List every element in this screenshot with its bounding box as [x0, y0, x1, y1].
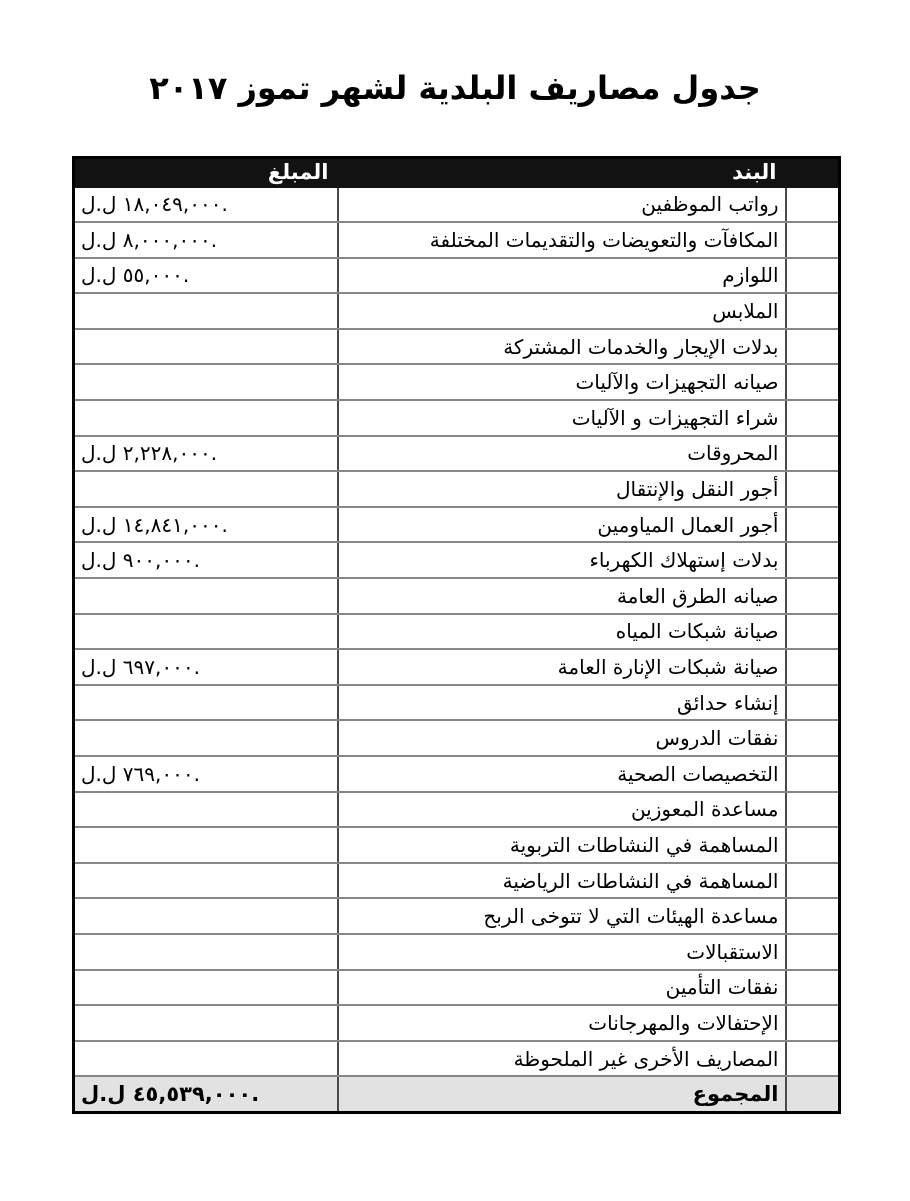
item-cell: الاستقبالات: [338, 934, 786, 970]
table-row: المصاريف الأخرى غير الملحوظة: [74, 1041, 840, 1077]
item-cell: بدلات الإيجار والخدمات المشتركة: [338, 329, 786, 365]
table-row: المساهمة في النشاطات الرياضية: [74, 863, 840, 899]
amount-cell: ١٤,٨٤١,٠٠٠ ل.ل.: [74, 507, 338, 543]
row-spacer-cell: [786, 400, 840, 436]
table-row: الاستقبالات: [74, 934, 840, 970]
expenses-table: البند المبلغ رواتب الموظفين١٨,٠٤٩,٠٠٠ ل.…: [72, 156, 841, 1114]
row-spacer-cell: [786, 614, 840, 650]
item-cell: الإحتفالات والمهرجانات: [338, 1005, 786, 1041]
header-row: البند المبلغ: [74, 158, 840, 187]
item-cell: المصاريف الأخرى غير الملحوظة: [338, 1041, 786, 1077]
amount-cell: [74, 792, 338, 828]
row-spacer-cell: [786, 1005, 840, 1041]
item-cell: شراء التجهيزات و الآليات: [338, 400, 786, 436]
row-spacer-cell: [786, 436, 840, 472]
item-cell: مساعدة المعوزين: [338, 792, 786, 828]
row-spacer-cell: [786, 970, 840, 1006]
amount-cell: [74, 863, 338, 899]
amount-cell: [74, 934, 338, 970]
amount-cell: ٦٩٧,٠٠٠ ل.ل.: [74, 649, 338, 685]
table-row: التخصيصات الصحية٧٦٩,٠٠٠ ل.ل.: [74, 756, 840, 792]
row-spacer-cell: [786, 720, 840, 756]
row-spacer-cell: [786, 471, 840, 507]
amount-cell: [74, 720, 338, 756]
row-spacer-cell: [786, 578, 840, 614]
item-cell: صيانه التجهيزات والآليات: [338, 364, 786, 400]
table-row: أجور النقل والإنتقال: [74, 471, 840, 507]
amount-cell: ٩٠٠,٠٠٠ ل.ل.: [74, 542, 338, 578]
row-spacer-cell: [786, 187, 840, 223]
table-row: المحروقات٢,٢٢٨,٠٠٠ ل.ل.: [74, 436, 840, 472]
amount-cell: [74, 1005, 338, 1041]
amount-cell: [74, 329, 338, 365]
table-row: أجور العمال المياومين١٤,٨٤١,٠٠٠ ل.ل.: [74, 507, 840, 543]
amount-cell: ٧٦٩,٠٠٠ ل.ل.: [74, 756, 338, 792]
amount-column-header: المبلغ: [74, 158, 338, 187]
table-row: صيانة شبكات المياه: [74, 614, 840, 650]
table-row: إنشاء حدائق: [74, 685, 840, 721]
row-spacer-cell: [786, 863, 840, 899]
table-row: شراء التجهيزات و الآليات: [74, 400, 840, 436]
row-spacer-cell: [786, 258, 840, 294]
spacer-column-header: [786, 158, 840, 187]
amount-cell: [74, 364, 338, 400]
item-cell: بدلات إستهلاك الكهرباء: [338, 542, 786, 578]
row-spacer-cell: [786, 329, 840, 365]
table-row: مساعدة المعوزين: [74, 792, 840, 828]
row-spacer-cell: [786, 649, 840, 685]
item-cell: صيانة شبكات المياه: [338, 614, 786, 650]
amount-cell: [74, 1041, 338, 1077]
amount-cell: [74, 827, 338, 863]
row-spacer-cell: [786, 507, 840, 543]
row-spacer-cell: [786, 792, 840, 828]
amount-cell: ٢,٢٢٨,٠٠٠ ل.ل.: [74, 436, 338, 472]
page-title: جدول مصاريف البلدية لشهر تموز ٢٠١٧: [0, 64, 910, 112]
row-spacer-cell: [786, 756, 840, 792]
amount-cell: [74, 471, 338, 507]
amount-cell: [74, 578, 338, 614]
table-row: الإحتفالات والمهرجانات: [74, 1005, 840, 1041]
row-spacer-cell: [786, 685, 840, 721]
table-row: نفقات التأمين: [74, 970, 840, 1006]
item-cell: إنشاء حدائق: [338, 685, 786, 721]
item-cell: صيانه الطرق العامة: [338, 578, 786, 614]
item-cell: المكافآت والتعويضات والتقديمات المختلفة: [338, 222, 786, 258]
item-cell: نفقات التأمين: [338, 970, 786, 1006]
table-row: صيانة شبكات الإنارة العامة٦٩٧,٠٠٠ ل.ل.: [74, 649, 840, 685]
item-cell: المحروقات: [338, 436, 786, 472]
table-row: الملابس: [74, 293, 840, 329]
table-row: بدلات إستهلاك الكهرباء٩٠٠,٠٠٠ ل.ل.: [74, 542, 840, 578]
row-spacer-cell: [786, 934, 840, 970]
table-row: صيانه الطرق العامة: [74, 578, 840, 614]
row-spacer-cell: [786, 898, 840, 934]
amount-cell: ٥٥,٠٠٠ ل.ل.: [74, 258, 338, 294]
table-footer: المجموع ٤٥,٥٣٩,٠٠٠ ل.ل.: [74, 1076, 840, 1112]
row-spacer-cell: [786, 364, 840, 400]
row-spacer-cell: [786, 1041, 840, 1077]
item-cell: نفقات الدروس: [338, 720, 786, 756]
total-row: المجموع ٤٥,٥٣٩,٠٠٠ ل.ل.: [74, 1076, 840, 1112]
item-cell: صيانة شبكات الإنارة العامة: [338, 649, 786, 685]
item-cell: رواتب الموظفين: [338, 187, 786, 223]
table-row: بدلات الإيجار والخدمات المشتركة: [74, 329, 840, 365]
row-spacer-cell: [786, 827, 840, 863]
amount-cell: [74, 400, 338, 436]
amount-cell: [74, 970, 338, 1006]
table-row: صيانه التجهيزات والآليات: [74, 364, 840, 400]
row-spacer-cell: [786, 222, 840, 258]
row-spacer-cell: [786, 293, 840, 329]
item-cell: المساهمة في النشاطات الرياضية: [338, 863, 786, 899]
table-row: المكافآت والتعويضات والتقديمات المختلفة٨…: [74, 222, 840, 258]
item-cell: المساهمة في النشاطات التربوية: [338, 827, 786, 863]
table-row: المساهمة في النشاطات التربوية: [74, 827, 840, 863]
row-spacer-cell: [786, 542, 840, 578]
table-body: رواتب الموظفين١٨,٠٤٩,٠٠٠ ل.ل.المكافآت وا…: [74, 187, 840, 1077]
item-cell: مساعدة الهيئات التي لا تتوخى الربح: [338, 898, 786, 934]
total-spacer-cell: [786, 1076, 840, 1112]
item-cell: أجور النقل والإنتقال: [338, 471, 786, 507]
amount-cell: [74, 293, 338, 329]
amount-cell: ٨,٠٠٠,٠٠٠ ل.ل.: [74, 222, 338, 258]
item-column-header: البند: [338, 158, 786, 187]
item-cell: اللوازم: [338, 258, 786, 294]
amount-cell: [74, 685, 338, 721]
table-row: نفقات الدروس: [74, 720, 840, 756]
amount-cell: [74, 898, 338, 934]
item-cell: أجور العمال المياومين: [338, 507, 786, 543]
item-cell: الملابس: [338, 293, 786, 329]
amount-cell: [74, 614, 338, 650]
table-header: البند المبلغ: [74, 158, 840, 187]
amount-cell: ١٨,٠٤٩,٠٠٠ ل.ل.: [74, 187, 338, 223]
table-row: مساعدة الهيئات التي لا تتوخى الربح: [74, 898, 840, 934]
table-row: رواتب الموظفين١٨,٠٤٩,٠٠٠ ل.ل.: [74, 187, 840, 223]
total-amount: ٤٥,٥٣٩,٠٠٠ ل.ل.: [74, 1076, 338, 1112]
item-cell: التخصيصات الصحية: [338, 756, 786, 792]
total-label: المجموع: [338, 1076, 786, 1112]
document-page: { "title": "جدول مصاريف البلدية لشهر تمو…: [0, 0, 910, 1201]
table-row: اللوازم٥٥,٠٠٠ ل.ل.: [74, 258, 840, 294]
